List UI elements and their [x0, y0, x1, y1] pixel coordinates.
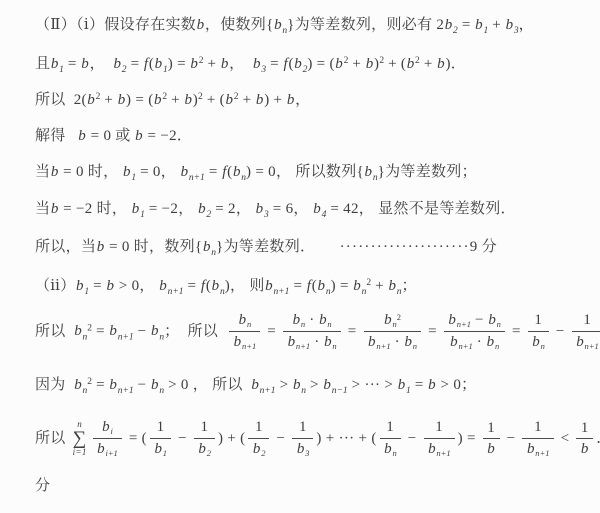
math-variable: b [296, 441, 305, 457]
formula-line-4: 解得 b = 0 或 b = −2． [35, 127, 192, 147]
text-run: = 0 或 [87, 128, 135, 144]
fraction-numerator: 1 [424, 418, 455, 439]
subscript: n [332, 341, 336, 351]
fraction-denominator: bn+1 [572, 332, 600, 352]
text-run: ) = ( [307, 56, 334, 72]
fraction-denominator: bn [528, 332, 549, 352]
math-variable: b [368, 334, 377, 350]
text-run: = [92, 323, 109, 339]
text-run: > [276, 377, 293, 393]
text-run: 1 [534, 312, 542, 328]
summation-symbol: n∑i=1 [73, 420, 87, 458]
text-run: 所以，当 [35, 239, 96, 255]
text-run: = ( [125, 430, 147, 446]
fraction: 1b2 [194, 418, 215, 459]
text-run: 且 [35, 56, 50, 72]
math-variable: b [233, 334, 242, 350]
fraction-denominator: bn [380, 439, 401, 459]
text-run: + [100, 92, 117, 108]
subscript: n+1 [436, 448, 450, 458]
math-variable: b [76, 278, 85, 294]
text-run: + [420, 56, 437, 72]
math-variable: b [220, 56, 229, 72]
text-run: 1 [299, 419, 307, 435]
subscript: n [541, 341, 545, 351]
fraction-denominator: bn+1 [424, 439, 455, 459]
subscript: n+1 [118, 386, 134, 396]
math-variable: b [180, 164, 189, 180]
math-variable: b [225, 92, 234, 108]
math-variable: b [211, 278, 220, 294]
text-run: ； 所以 [164, 323, 226, 339]
subscript: n [247, 319, 251, 329]
formula-line-1: （Ⅱ）（ⅰ）假设存在实数b，使数列{bn}为等差数列，则必有 2b2 = b1 … [35, 16, 534, 37]
math-variable: b [404, 334, 413, 350]
text-run: 当 [35, 201, 50, 217]
fraction-denominator: b2 [248, 439, 269, 459]
formula-line-3: 所以 2(b2 + b) = (b2 + b)2 + (b2 + b) + b， [35, 91, 310, 111]
text-run: = 2， [211, 201, 255, 217]
text-run: 1 [581, 420, 589, 436]
text-run: 所以 [35, 430, 70, 446]
text-run: 1 [386, 419, 394, 435]
text-run: 1 [583, 312, 591, 328]
formula-line-8: （ⅱ）b1 = b > 0， bn+1 = f(bn)， 则bn+1 = f(b… [35, 277, 417, 298]
text-run: + [239, 92, 256, 108]
fraction-numerator: 1 [150, 418, 171, 439]
math-variable: b [286, 92, 295, 108]
fraction: 1bn+1 [522, 418, 553, 459]
math-variable: b [251, 377, 260, 393]
text-run: = [92, 377, 109, 393]
fraction: bibi+1 [93, 418, 122, 460]
text-run: ； [402, 278, 417, 294]
fraction-denominator: bi+1 [93, 439, 122, 459]
text-run: = 42， 显然不是等差数列． [326, 201, 516, 217]
text-run: > 0； [436, 377, 476, 393]
fraction-denominator: b2 [194, 439, 215, 459]
math-variable: b [131, 201, 140, 217]
text-run: = [344, 323, 361, 339]
subscript: n+1 [296, 341, 310, 351]
math-variable: b [154, 441, 163, 457]
math-variable: b [106, 278, 115, 294]
fraction-denominator: b [483, 439, 500, 459]
sigma-icon: ∑ [73, 430, 87, 448]
text-run: 当 [35, 164, 50, 180]
fraction: bn · bnbn+1 · bn [283, 311, 341, 353]
fraction-denominator: bn+1 [229, 332, 260, 352]
math-variable: b [365, 56, 374, 72]
text-run: )， 则 [225, 278, 265, 294]
math-variable: b [335, 56, 344, 72]
fraction: 1bn+1 [572, 311, 600, 352]
math-variable: b [388, 278, 397, 294]
text-run: − [404, 430, 421, 446]
math-variable: b [123, 164, 132, 180]
text-run: = −2， [145, 201, 198, 217]
math-variable: b [198, 441, 207, 457]
math-variable: b [255, 201, 264, 217]
text-run: = [458, 17, 475, 33]
subscript: n+1 [585, 341, 599, 351]
math-variable: b [313, 201, 322, 217]
math-variable: b [364, 164, 373, 180]
text-run: 所以 2( [35, 92, 87, 108]
subscript: n [362, 287, 367, 297]
math-variable: b [50, 201, 59, 217]
math-variable: b [78, 128, 87, 144]
text-run: − [134, 323, 151, 339]
subscript: 2 [207, 448, 211, 458]
text-run: = −2． [143, 128, 192, 144]
text-run: · [473, 334, 486, 350]
math-variable: b [50, 56, 59, 72]
subscript: n+1 [273, 287, 289, 297]
math-variable: b [353, 278, 362, 294]
fraction: 1b [483, 419, 500, 459]
math-variable: b [292, 312, 301, 328]
fraction-numerator: 1 [576, 419, 593, 440]
text-run: 1 [157, 419, 165, 435]
text-run: ， [90, 56, 113, 72]
formula-line-12: 分 [35, 477, 50, 497]
formula-line-2: 且b1 = b， b2 = f(b1) = b2 + b， b3 = f(b2)… [35, 55, 466, 76]
math-variable: b [117, 92, 126, 108]
subscript: 1 [163, 448, 167, 458]
math-variable: b [196, 17, 205, 33]
math-variable: b [576, 334, 585, 350]
text-run: 1 [487, 420, 495, 436]
fraction: 1bn+1 [424, 418, 455, 459]
subscript: 2 [261, 448, 265, 458]
fraction-numerator: 1 [194, 418, 215, 439]
text-run: = −2 时， [59, 201, 131, 217]
math-variable: b [406, 56, 415, 72]
text-run: ) + [264, 92, 286, 108]
math-variable: b [292, 377, 301, 393]
superscript: 2 [397, 312, 401, 322]
text-run: · [391, 334, 404, 350]
subscript: n+1 [458, 341, 472, 351]
text-run: ) = [168, 56, 190, 72]
math-variable: b [444, 17, 453, 33]
text-run: = 0 时，数列{ [105, 239, 202, 255]
text-run: − [471, 312, 488, 328]
text-run: = [424, 323, 441, 339]
math-variable: b [190, 56, 199, 72]
math-variable: b [154, 92, 163, 108]
subscript: n+1 [242, 341, 256, 351]
text-run: = [89, 278, 106, 294]
math-variable: b [109, 377, 118, 393]
subscript: n+1 [118, 332, 134, 342]
text-run: · [310, 334, 323, 350]
text-run: )． [445, 56, 466, 72]
math-variable: b [532, 334, 541, 350]
text-run: ) + ··· + ( [316, 430, 376, 446]
math-variable: b [488, 312, 497, 328]
fraction-numerator: bn2 [364, 311, 422, 332]
fraction: 1b3 [292, 418, 313, 459]
fraction-numerator: bi [93, 418, 122, 439]
math-variable: b [202, 239, 211, 255]
math-variable: b [317, 278, 326, 294]
fraction: bn2bn+1 · bn [364, 311, 422, 353]
text-run: − [503, 430, 520, 446]
math-variable: b [154, 56, 163, 72]
summation-lower-limit: i=1 [73, 448, 87, 458]
subscript: n [83, 386, 88, 396]
subscript: i+1 [105, 448, 117, 458]
formula-line-9: 所以 bn2 = bn+1 − bn； 所以 bnbn+1 = bn · bnb… [35, 311, 600, 353]
text-run: ，使数列{ [205, 17, 274, 33]
subscript: n+1 [168, 287, 184, 297]
text-run: 1 [255, 419, 263, 435]
math-variable: b [87, 92, 96, 108]
dots-leader: ····················· [340, 239, 470, 255]
text-run: ) = [458, 430, 480, 446]
text-run: = [184, 278, 201, 294]
fraction-denominator: bn+1 [522, 439, 553, 459]
text-run: − [272, 430, 289, 446]
text-run: = [127, 56, 144, 72]
math-variable: b [580, 441, 589, 457]
subscript: n−1 [332, 386, 348, 396]
formula-line-6: 当b = −2 时， b1 = −2， b2 = 2， b3 = 6， b4 =… [35, 200, 516, 221]
formula-line-11: 所以 n∑i=1bibi+1 = (1b1 − 1b2) + (1b2 − 1b… [35, 418, 600, 460]
fraction: 1b [576, 419, 593, 459]
text-run: > 0， [115, 278, 159, 294]
fraction-denominator: bn+1 · bn [364, 332, 422, 352]
fraction: 1b2 [248, 418, 269, 459]
text-run: = [289, 278, 306, 294]
text-run: + [167, 92, 184, 108]
text-run: = 0 时， [59, 164, 122, 180]
text-run: ． [596, 430, 600, 446]
text-run: > 0 ， 所以 [164, 377, 251, 393]
fraction-numerator: 1 [380, 418, 401, 439]
subscript: n [327, 319, 331, 329]
text-run: 所以 [35, 323, 74, 339]
text-run: ) = ( [126, 92, 153, 108]
subscript: n [495, 341, 499, 351]
text-run: = 0， [136, 164, 180, 180]
text-run: }为等差数列． [216, 239, 340, 255]
fraction-numerator: bn+1 − bn [444, 311, 505, 332]
math-variable: b [113, 56, 122, 72]
text-run: }为等差数列； [378, 164, 477, 180]
fraction-numerator: 1 [248, 418, 269, 439]
math-variable: b [184, 92, 193, 108]
subscript: n+1 [535, 448, 549, 458]
fraction-numerator: 1 [528, 311, 549, 332]
fraction: bn+1 − bnbn+1 · bn [444, 311, 505, 353]
text-run: + ( [203, 92, 225, 108]
subscript: n+1 [189, 173, 205, 183]
math-variable: b [255, 92, 264, 108]
math-variable: b [287, 334, 296, 350]
math-variable: b [526, 441, 535, 457]
text-run: = [411, 377, 428, 393]
fraction-numerator: 1 [483, 419, 500, 440]
fraction: 1bn [528, 311, 549, 352]
text-run: = [64, 56, 81, 72]
text-run: 1 [534, 419, 542, 435]
text-run: （ⅱ） [35, 278, 76, 294]
text-run: （Ⅱ）（ⅰ）假设存在实数 [35, 17, 196, 33]
math-variable: b [50, 164, 59, 180]
text-run: = 6， [269, 201, 313, 217]
math-variable: b [232, 164, 241, 180]
fraction-numerator: 1 [522, 418, 553, 439]
math-variable: b [74, 323, 83, 339]
text-run: + [488, 17, 505, 33]
math-variable: b [238, 312, 247, 328]
math-variable: b [252, 441, 261, 457]
fraction-numerator: bn · bn [283, 311, 341, 332]
text-run: 解得 [35, 128, 78, 144]
text-run: 1 [201, 419, 209, 435]
math-variable: b [109, 323, 118, 339]
text-run: + ( [384, 56, 406, 72]
math-variable: b [151, 377, 160, 393]
text-run: + [371, 278, 388, 294]
text-run: ， [295, 92, 310, 108]
math-variable: b [294, 56, 303, 72]
fraction: 1b1 [150, 418, 171, 459]
text-run: ， [519, 17, 534, 33]
text-run: = [205, 164, 222, 180]
subscript: n+1 [457, 319, 471, 329]
text-run: 1 [435, 419, 443, 435]
text-run: 9 分 [470, 239, 497, 255]
fraction-denominator: b [576, 439, 593, 459]
subscript: 3 [305, 448, 309, 458]
text-run: ) = 0， 所以数列{ [246, 164, 364, 180]
subscript: n [497, 319, 501, 329]
math-variable: b [487, 441, 496, 457]
math-variable: b [159, 278, 168, 294]
text-run: 因为 [35, 377, 74, 393]
formula-line-10: 因为 bn2 = bn+1 − bn > 0 ， 所以 bn+1 > bn > … [35, 376, 476, 397]
math-variable: b [486, 334, 495, 350]
math-variable: b [96, 239, 105, 255]
math-variable: b [81, 56, 90, 72]
text-run: ) = [331, 278, 353, 294]
text-run: = [263, 323, 280, 339]
subscript: n+1 [376, 341, 390, 351]
subscript: n [413, 341, 417, 351]
text-run: − [174, 430, 191, 446]
document-page: （Ⅱ）（ⅰ）假设存在实数b，使数列{bn}为等差数列，则必有 2b2 = b1 … [0, 0, 600, 513]
math-variable: b [397, 377, 406, 393]
text-run: ) + ( [218, 430, 245, 446]
text-run: > [306, 377, 323, 393]
fraction-denominator: b3 [292, 439, 313, 459]
fraction-numerator: 1 [292, 418, 313, 439]
text-run: 分 [35, 478, 50, 494]
subscript: n+1 [260, 386, 276, 396]
text-run: < [557, 430, 574, 446]
math-variable: b [505, 17, 514, 33]
fraction: bnbn+1 [229, 311, 260, 353]
text-run: + [203, 56, 220, 72]
math-variable: b [74, 377, 83, 393]
fraction-denominator: b1 [150, 439, 171, 459]
text-run: · [305, 312, 318, 328]
subscript: n [392, 448, 396, 458]
text-run: ( [288, 56, 293, 72]
text-run: }为等差数列，则必有 2 [287, 17, 444, 33]
formula-line-5: 当b = 0 时， b1 = 0， bn+1 = f(bn) = 0， 所以数列… [35, 163, 477, 184]
text-run: = [266, 56, 283, 72]
fraction-denominator: bn+1 · bn [283, 332, 341, 352]
math-variable: b [448, 312, 457, 328]
text-run: + [348, 56, 365, 72]
fraction-numerator: bn [229, 311, 260, 332]
math-variable: b [151, 323, 160, 339]
text-run: − [134, 377, 151, 393]
subscript: i [110, 426, 112, 436]
text-run: = [508, 323, 525, 339]
math-variable: b [323, 377, 332, 393]
fraction: 1bn [380, 418, 401, 459]
subscript: n [83, 332, 88, 342]
text-run: − [552, 323, 569, 339]
fraction-denominator: bn+1 · bn [444, 332, 505, 352]
formula-line-7: 所以，当b = 0 时，数列{bn}为等差数列． ···············… [35, 238, 497, 259]
fraction-numerator: 1 [572, 311, 600, 332]
text-run: ， [229, 56, 252, 72]
text-run: > ··· > [348, 377, 398, 393]
